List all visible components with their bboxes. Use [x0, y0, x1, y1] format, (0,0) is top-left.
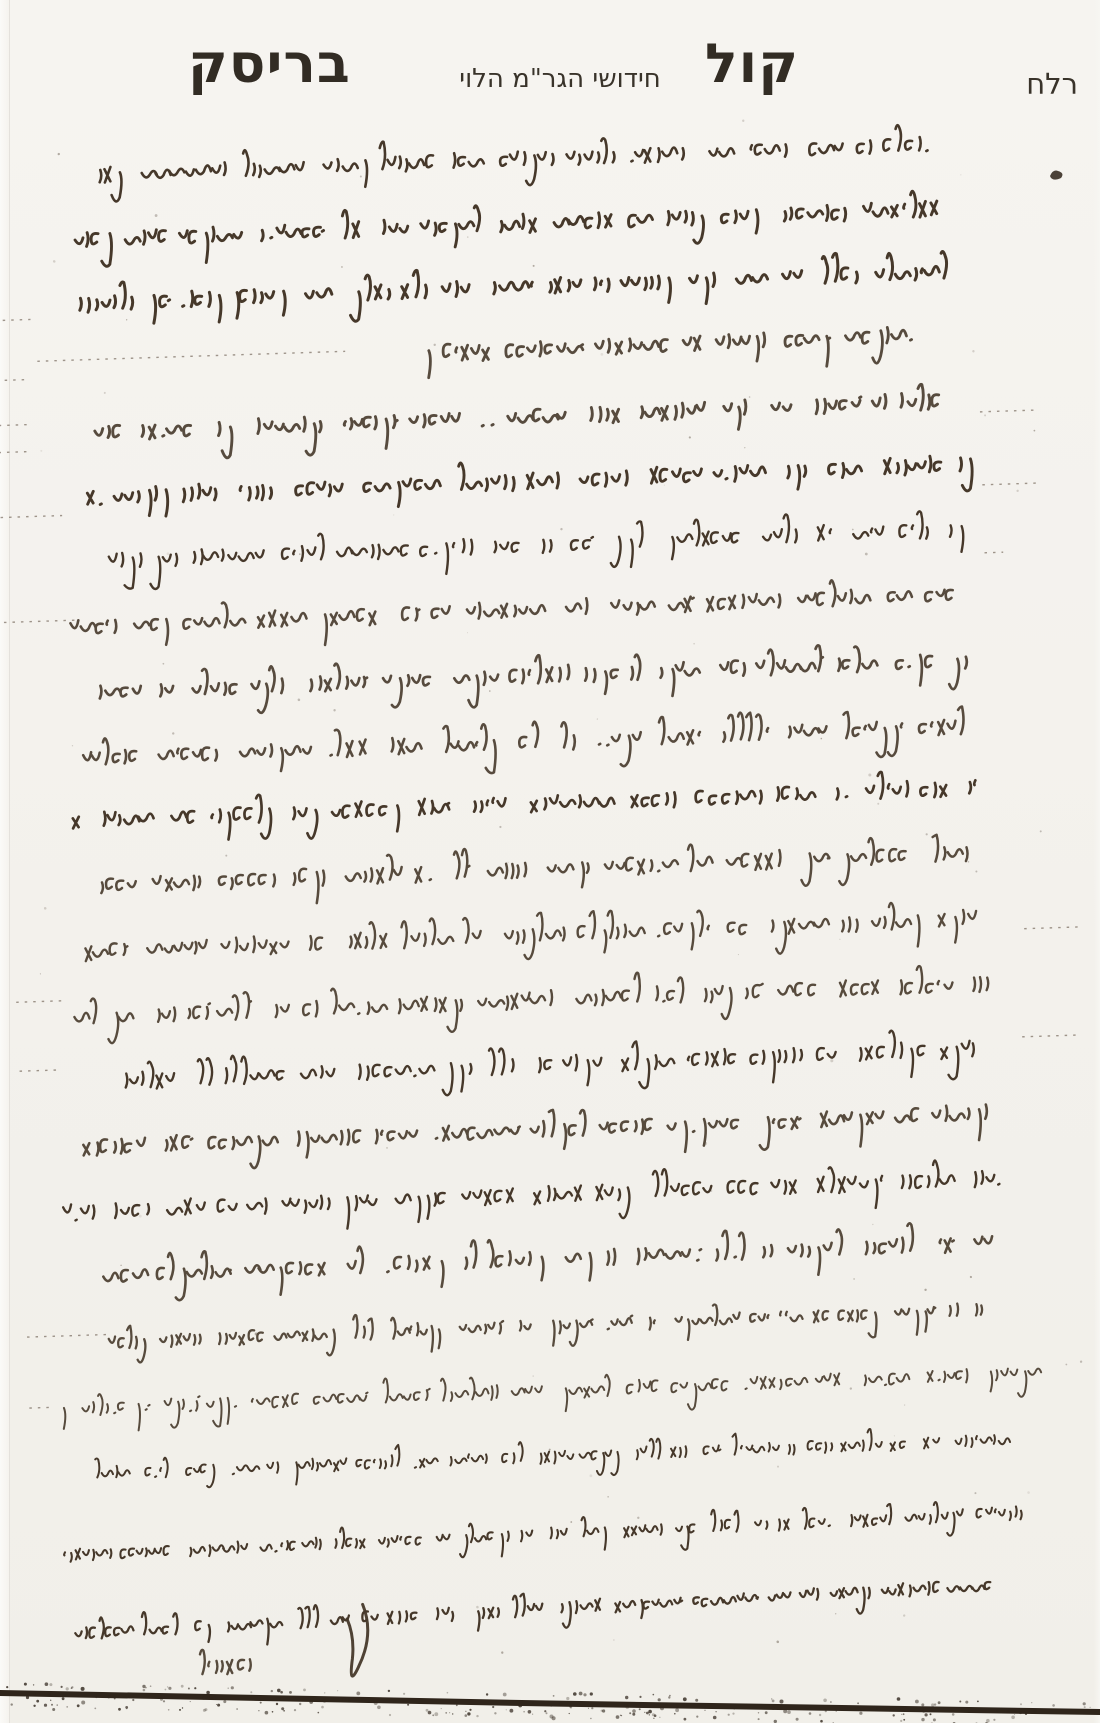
- manuscript-page: רלח קול חידושי הגר"מ הלוי בריסק: [0, 0, 1100, 1723]
- manuscript-body: [0, 0, 1100, 1723]
- manuscript-svg: [0, 0, 1100, 1723]
